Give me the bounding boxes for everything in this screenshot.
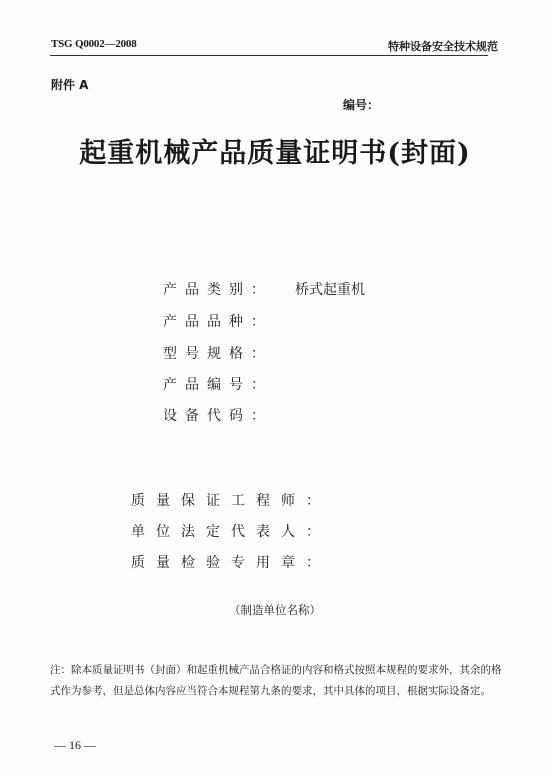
document-title: 起重机械产品质量证明书(封面) <box>0 131 550 170</box>
field-label: 型号规格： <box>163 343 273 363</box>
serial-number-label: 编号： <box>343 96 379 113</box>
page-number: — 16 — <box>54 738 96 753</box>
field-label: 产品类别： <box>163 279 273 299</box>
signature-inspection-seal: 质量检验专用章： <box>131 552 331 572</box>
footnote: 注：除本质量证明书（封面）和起重机械产品合格证的内容和格式按照本规程的要求外，其… <box>50 660 510 702</box>
appendix-label: 附件 A <box>51 76 88 93</box>
field-label: 产品编号： <box>163 374 273 394</box>
standard-code: TSG Q0002—2008 <box>51 38 137 50</box>
field-label: 设备代码： <box>163 405 273 425</box>
field-equipment-code: 设备代码： <box>163 405 295 425</box>
signature-legal-representative: 单位法定代表人： <box>131 521 331 541</box>
field-product-variety: 产品品种： <box>163 311 295 331</box>
field-product-number: 产品编号： <box>163 374 295 394</box>
manufacturer-name-placeholder: （制造单位名称） <box>0 602 550 618</box>
field-model-spec: 型号规格： <box>163 343 295 363</box>
series-title: 特种设备安全技术规范 <box>388 38 498 54</box>
field-label: 产品品种： <box>163 311 273 331</box>
field-product-category: 产品类别： 桥式起重机 <box>163 279 365 299</box>
signature-quality-engineer: 质量保证工程师： <box>131 490 331 510</box>
field-value: 桥式起重机 <box>295 279 365 299</box>
header-divider <box>50 55 488 56</box>
